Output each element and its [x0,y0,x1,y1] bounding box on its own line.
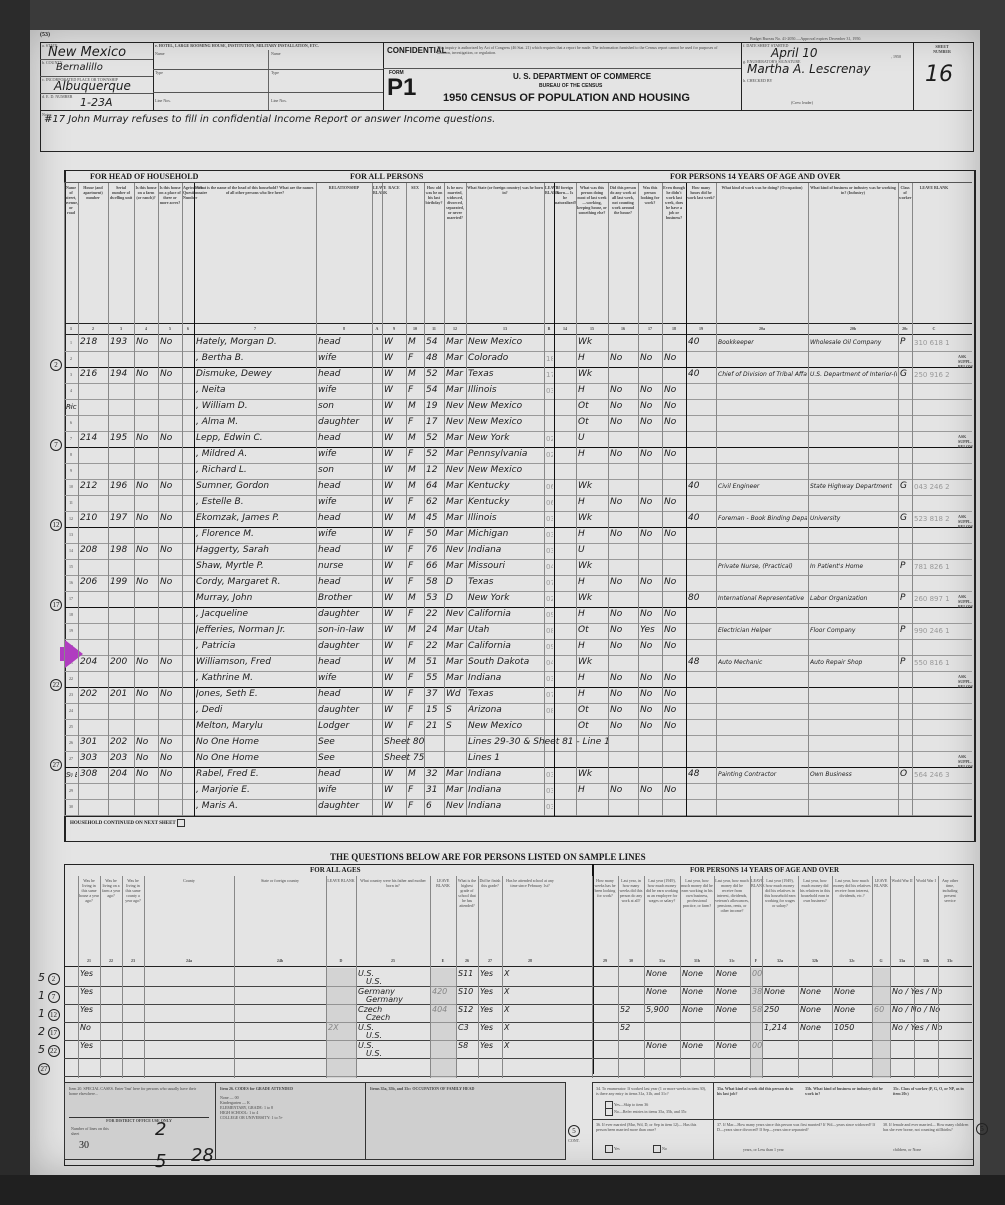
column-header-B: LEAVE BLANK [545,185,553,195]
cell-race: W [384,545,405,555]
sample-circle-icon: 17 [50,599,62,611]
sample-header-F: LEAVE BLANK [751,878,761,888]
cell-q16: No [610,353,637,363]
cell-house: 212 [80,481,107,491]
cell-rel: wife [318,673,371,683]
table-row: 30, Maris A.daughterWF6NevIndiana032 [64,799,972,816]
cell-q18: No [664,529,685,539]
cell-sex: M [408,625,423,635]
form-title-block: CONFIDENTIAL This inquiry is authorized … [383,42,742,110]
sample-line-marker: 7 [50,434,62,452]
census-sheet: (53) Budget Bureau No. 41-2050.—Approval… [30,30,980,1175]
cell-code_b: 034 [546,531,553,539]
sample-cell-q31b: None [682,969,714,978]
form-id: P1 [387,76,416,100]
sample-cell-q31b: None [682,1041,714,1050]
sample-cell-q32b: None [800,1023,832,1032]
cell-q18: No [664,609,685,619]
cell-occupation: Electrician Helper [718,627,807,634]
cell-activity: Wk [578,561,607,571]
page-code: (53) [40,32,50,38]
checked-label: h. CHECKED BY [743,78,772,83]
scan-margin-left [0,0,30,1205]
table-row: 9, Richard L.sonWM12NevNew Mexico [64,463,972,480]
line-number: 19 [64,628,78,633]
cell-name: , Alma M. [196,417,315,427]
cell-age: 76 [426,545,443,555]
cell-serial: 194 [110,369,133,379]
cell-rel: See [318,753,371,763]
margin-tally: 2 [38,1025,45,1038]
cell-hours: 40 [688,369,715,379]
cell-race: W [384,641,405,651]
cell-age: 64 [426,481,443,491]
continued-marker: 5 CONT. [568,1120,580,1143]
cell-name: Haggerty, Sarah [196,545,315,555]
cell-sex: F [408,497,423,507]
table-row: 22, Kathrine M.wifeWF55MarIndiana032HNoN… [64,671,972,688]
cell-name: , Jacqueline [196,609,315,619]
cell-serial: 202 [110,737,133,747]
cell-rel: nurse [318,561,371,571]
table-row: 4, NeitawifeWF54MarIllinois033HNoNoNo [64,383,972,400]
table-row: 1218193NoNoHately, Morgan D.headWM54MarN… [64,335,972,352]
sample-line-marker: 12 [50,514,62,532]
tally-mark-2: 5 [155,1151,166,1172]
cell-farm: No [136,513,157,523]
cell-code_b: 032 [546,803,553,811]
cell-acres: No [160,737,181,747]
footer-questions-panel: 34. To enumerator: If worked last year (… [592,1082,974,1160]
sample-header-23: Was he living in this same county a year… [123,878,143,903]
cell-q16: No [610,721,637,731]
cell-acres: No [160,513,181,523]
cell-name: , Estelle B. [196,497,315,507]
cell-q17: No [640,673,661,683]
for-all-ages-header: FOR ALL AGES [310,866,361,874]
cell-q17: No [640,417,661,427]
cell-code_b: 033 [546,515,553,523]
sample-header-21: Was he living in this same house a year … [79,878,99,903]
cell-q16: No [610,625,637,635]
cell-code_b: 061 [546,499,553,507]
cell-q17: No [640,353,661,363]
cell-birthplace: Texas [468,369,543,379]
cell-name: Rabel, Fred E. [196,769,315,779]
cell-occupation: Painting Contractor [718,771,807,778]
sample-circle-icon: 2 [50,359,62,371]
grade-code-line: COLLEGE OR UNIVERSITY: 1 to 5+ [220,1115,360,1120]
sample-cell-q33: No / Yes / No [892,987,962,996]
ed-label: d. E. D. NUMBER [42,94,72,99]
table-row: 17Murray, JohnBrotherWM53DNew York021Wk8… [64,591,972,608]
table-row: 26301202NoNoNo One HomeSeeSheet 80Lines … [64,735,972,752]
cell-age: 21 [426,721,443,731]
column-number-6: 6 [182,326,194,331]
cell-q16: No [610,705,637,715]
place-value: Albuquerque [54,79,131,93]
cell-name: , Dedi [196,705,315,715]
cell-street: Richmond [66,403,77,411]
cell-occupation: Bookkeeper [718,339,807,346]
cell-race: W [384,529,405,539]
cell-marital: Mar [446,673,465,683]
cell-q18: No [664,689,685,699]
cell-activity: Ot [578,625,607,635]
q37-answer: years, or Less than 1 year [743,1147,784,1152]
sheet-number-block: SHEET NUMBER 16 [913,42,972,110]
cell-house: 216 [80,369,107,379]
sample-column-headers: Was he living in this same house a year … [64,876,972,966]
cell-marital: Mar [446,433,465,443]
cell-hours: 48 [688,657,715,667]
cell-code_b: 033 [546,387,553,395]
sample-number-31b: 31b [680,958,714,963]
q37-text: 37. If Mar—How many years since this per… [717,1122,877,1132]
column-number-18: 18 [662,326,686,331]
household-continued-checkbox[interactable] [177,819,185,827]
sample-line-circle-icon: 17 [48,1027,60,1039]
column-number-A: A [372,326,382,331]
cell-code_c: 260 897 1 [914,595,955,603]
cell-rel: head [318,433,371,443]
cell-marital: Nev [446,401,465,411]
column-header-5: Is this house on a place of three or mor… [159,185,181,205]
table-row: 8, Mildred A.wifeWF52MarPennsylvania023H… [64,447,972,464]
cell-marital: Mar [446,657,465,667]
sample-cell-q31a: None [646,987,680,996]
sample-cell-q31a: 5,900 [646,1005,680,1014]
cell-sex: M [408,369,423,379]
sample-line-circle-icon: 2 [48,973,60,985]
cell-q16: No [610,417,637,427]
cell-serial: 199 [110,577,133,587]
cell-serial: 204 [110,769,133,779]
column-number-20b: 20b [808,326,898,331]
cell-class: P [900,593,911,603]
q36-yes-option[interactable]: Yes [605,1145,620,1153]
cell-rel: head [318,481,371,491]
table-row: 27303203NoNoNo One HomeSeeSheet 75Lines … [64,751,972,768]
cell-code_b: 021 [546,595,553,603]
sample-rows: 5 2YesU.S.U.S.S11YesXNoneNoneNone001 7Ye… [64,968,972,1078]
q36-no-option[interactable]: No [653,1145,667,1153]
cell-class: P [900,625,911,635]
cell-q18: No [664,705,685,715]
sample-header-24a: County [145,878,233,883]
column-header-3: Serial number of dwelling unit [109,185,133,200]
sample-header-32a: Last year (1949), how much money did his… [763,878,797,908]
table-row: 21204200NoNoWilliamson, FredheadWM51MarS… [64,655,972,672]
cell-occupation: Civil Engineer [718,483,807,490]
cell-age: 37 [426,689,443,699]
cell-race: W [384,433,405,443]
cell-race: W [384,705,405,715]
sample-cell-grade: C3 [458,1023,478,1032]
cell-code_c: 990 246 1 [914,627,955,635]
sample-cell-q21: No [80,1023,100,1032]
bureau: BUREAU OF THE CENSUS [539,83,602,89]
sample-number-21: 21 [78,958,100,963]
cell-occupation: Auto Mechanic [718,659,807,666]
sample-number-E: E [430,958,456,963]
q34-no-option[interactable]: No—Refer entries in items 35a, 35b, and … [605,1108,687,1116]
cell-q17: No [640,785,661,795]
cell-birthplace: New Mexico [468,465,543,475]
cell-industry: University [810,515,897,522]
column-number-11: 11 [424,326,444,331]
cell-age: 52 [426,369,443,379]
sample-header-30: Last year, in how many weeks did this pe… [619,878,643,903]
cell-code_b: 061 [546,483,553,491]
form-title: 1950 CENSUS OF POPULATION AND HOUSING [443,92,690,104]
cell-name: , Richard L. [196,465,315,475]
sample-cell-q31a: None [646,969,680,978]
cell-occupation: Foreman - Book Binding Department [718,515,807,522]
cell-sex: F [408,801,423,811]
line-number: 1 [64,340,78,345]
sample-cell-finished: Yes [480,1041,502,1050]
sample-cell-school: X [504,969,558,978]
cell-code_c: 523 818 2 [914,515,955,523]
cell-name: No One Home [196,737,315,747]
cell-sex: F [408,689,423,699]
sample-header-22: Was he living on a farm a year ago? [101,878,121,898]
cell-sex: F [408,529,423,539]
cell-age: 19 [426,401,443,411]
cell-sex: M [408,769,423,779]
persons-14-sample-header: FOR PERSONS 14 YEARS OF AGE AND OVER [690,866,839,874]
cell-rel: daughter [318,609,371,619]
cell-code_b: 093 [546,611,553,619]
sample-number-32b: 32b [798,958,832,963]
column-number-19: 19 [686,326,716,331]
head-of-household-header: FOR HEAD OF HOUSEHOLD [90,172,198,181]
cell-industry: Wholesale Oil Company [810,339,897,346]
cell-birthplace: Kentucky [468,481,543,491]
cell-rel: See [318,737,371,747]
sample-header-33a: World War II [891,878,913,883]
cell-serial: 201 [110,689,133,699]
sample-cell-school: X [504,1005,558,1014]
margin-tally: 5 [38,1043,45,1056]
sample-line-marker: 22 [50,674,62,692]
table-row: 7214195NoNoLepp, Edwin C.headWM52MarNew … [64,431,972,448]
column-header-19: How many hours did he work last week? [687,185,715,200]
cell-race: W [384,497,405,507]
cell-industry: In Patient's Home [810,563,897,570]
cell-age: 54 [426,385,443,395]
column-header-4: Is this house on a farm (or ranch)? [135,185,157,200]
column-header-15: What was this person doing most of last … [577,185,607,215]
sheet-number-label: SHEET NUMBER [927,44,957,54]
cell-marital: Mar [446,385,465,395]
sample-line-circle-icon: 12 [48,1009,60,1021]
table-row: 15Shaw, Myrtle P.nurseWF66MarMissouri043… [64,559,972,576]
q38-text: 38. If female and ever married— How many… [883,1122,969,1132]
district-office-label: FOR DISTRICT OFFICE USE ONLY [69,1118,209,1123]
cont-label: CONT. [568,1138,580,1143]
q36-text: 36. If ever married (Mar, Wd, D, or Sep … [596,1122,706,1132]
sample-cell-q31b: None [682,1005,714,1014]
sample-cell-school: X [504,1023,558,1032]
cell-marital: Mar [446,337,465,347]
cell-code_b: 087 [546,627,553,635]
cell-race: W [384,609,405,619]
sample-header-27: Did he finish this grade? [479,878,501,888]
cell-name: No One Home [196,753,315,763]
cell-q16: No [610,529,637,539]
cell-q17: No [640,385,661,395]
sample-line-circle-icon: 22 [48,1045,60,1057]
line-number: 23 [64,692,78,697]
cell-race: W [384,513,405,523]
sample-cell-q30: 52 [620,1023,644,1032]
sample-cell-finished: Yes [480,1005,502,1014]
column-number-17: 17 [638,326,662,331]
item26-title: Item 26. CODES for GRADE ATTENDED [220,1086,293,1091]
sample-cell-mother: Germany [366,995,403,1004]
cell-marital: Mar [446,529,465,539]
cell-birthplace: Indiana [468,801,543,811]
cell-activity: H [578,529,607,539]
cell-marital: Nev [446,609,465,619]
cell-occupation: International Representative [718,595,807,602]
cell-serial: 198 [110,545,133,555]
cell-name: , Bertha B. [196,353,315,363]
cell-age: 12 [426,465,443,475]
cell-activity: Ot [578,721,607,731]
cell-activity: Ot [578,705,607,715]
cell-code_b: 045 [546,659,553,667]
q38-answer: children, or None [893,1147,921,1152]
sheet-number: 16 [925,62,953,87]
sample-number-30: 30 [618,958,644,963]
item35-title: Items 35a, 35b, and 35c: OCCUPATION OF F… [370,1086,560,1091]
cell-code_b: 032 [546,675,553,683]
column-header-1: Name of street, avenue, or road [65,185,77,215]
cell-house: 202 [80,689,107,699]
cell-age: 66 [426,561,443,571]
sample-header-25: What country were his father and mother … [357,878,429,888]
cell-marital: Mar [446,353,465,363]
cell-race: W [384,673,405,683]
cell-rel: son [318,401,371,411]
cell-race: W [384,689,405,699]
table-row: 14208198NoNoHaggerty, SarahheadWF76NevIn… [64,543,972,560]
cell-age: 52 [426,449,443,459]
cell-name: Williamson, Fred [196,657,315,667]
cell-race: W [384,785,405,795]
sample-row: 1 7YesGermanyGermany420S10YesXNoneNoneNo… [64,986,972,1005]
sample-header-26: What is the highest grade of school that… [457,878,477,908]
cell-serial: 203 [110,753,133,763]
cell-birthplace: New Mexico [468,337,543,347]
line-number: 11 [64,500,78,505]
cell-hours: 80 [688,593,715,603]
table-row: 29, Marjorie E.wifeWF31MarIndiana032HNoN… [64,783,972,800]
cell-farm: No [136,769,157,779]
table-row: 23202201NoNoJones, Seth E.headWF37WdTexa… [64,687,972,704]
cell-farm: No [136,369,157,379]
column-number-B: B [544,326,554,331]
cell-industry: Own Business [810,771,897,778]
sample-line-circle-icon: 7 [48,991,60,1003]
cell-serial: 195 [110,433,133,443]
enumerator-signature: Martha A. Lescrenay [747,62,870,76]
cell-q17: No [640,401,661,411]
cell-marital: Nev [446,801,465,811]
cell-sex: F [408,353,423,363]
cell-age: 31 [426,785,443,795]
cell-sex: F [408,721,423,731]
sample-row-margin: 27 [38,1061,50,1075]
cell-rel: wife [318,353,371,363]
cell-farm: No [136,481,157,491]
sample-number-22: 22 [100,958,122,963]
cell-house: 208 [80,545,107,555]
cell-activity: Wk [578,337,607,347]
column-number-13: 13 [466,326,544,331]
sample-cell-q32c: None [834,1005,872,1014]
sample-header-31b: Last year, how much money did he earn wo… [681,878,713,908]
cell-name: , Marjorie E. [196,785,315,795]
sample-questions-header: THE QUESTIONS BELOW ARE FOR PERSONS LIST… [330,852,646,862]
cell-marital: Mar [446,561,465,571]
cell-sex: M [408,433,423,443]
cell-race: W [384,561,405,571]
cell-q18: No [664,673,685,683]
institution-type-label-2: Type [271,70,279,75]
sample-header-28: Has he attended school at any time since… [503,878,557,888]
table-row: 12210197NoNoEkomzak, James P.headWM45Mar… [64,511,972,528]
sample-cell-q33: No / No / No [892,1005,962,1014]
confidential-text: This inquiry is authorized by Act of Con… [437,45,732,55]
sample-header-33c: Any other time, including present servic… [939,878,961,903]
cell-code_c: 564 246 3 [914,771,955,779]
cell-code_b: 174 [546,371,553,379]
column-header-7: What is the name of the head of this hou… [195,185,315,195]
column-header-20b: What kind of business or industry was he… [809,185,897,195]
location-block: a. STATE New Mexico b. COUNTY Bernalillo… [40,42,154,110]
cell-q16: No [610,449,637,459]
cell-name: Lepp, Edwin C. [196,433,315,443]
cell-q16: No [610,577,637,587]
cell-farm: No [136,689,157,699]
cell-house: 210 [80,513,107,523]
line-number: 7 [64,436,78,441]
column-number-20c: 20c [898,326,912,331]
cell-birthplace: New Mexico [468,721,543,731]
cell-sex: M [408,465,423,475]
cell-sex: F [408,641,423,651]
sample-cell-q31a: None [646,1041,680,1050]
cell-sex: F [408,449,423,459]
cell-race: W [384,577,405,587]
cell-age: 45 [426,513,443,523]
column-number-20a: 20a [716,326,808,331]
sample-number-28: 28 [502,958,558,963]
sample-number-24b: 24b [234,958,326,963]
cell-q17: No [640,641,661,651]
cell-marital: D [446,577,465,587]
sample-header-24b: State or foreign country [235,878,325,883]
cell-rel: wife [318,497,371,507]
sample-cell-finished: Yes [480,969,502,978]
sample-cell-q31c: None [716,987,750,996]
sample-number-F: F [750,958,762,963]
sample-line-marker: 17 [50,594,62,612]
